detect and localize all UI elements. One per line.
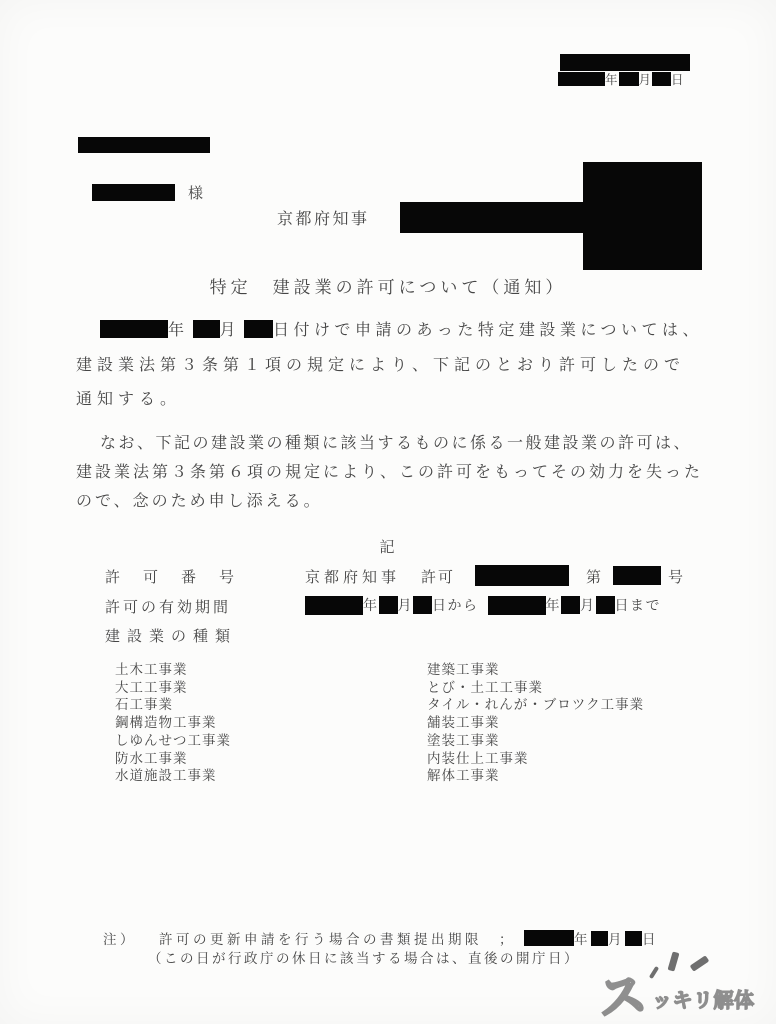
paragraph2-line1: なお、下記の建設業の種類に該当するものに係る一般建設業の許可は、 (76, 429, 724, 458)
redaction-valid-to-month (561, 596, 580, 614)
footnote-deadline-line: 注） 許可の更新申請を行う場合の書類提出期限 ； 年 月 日 (103, 929, 659, 947)
emphasis-mark-icon (649, 966, 659, 979)
permit-go-label: 号 (668, 566, 683, 587)
construction-types-left-column: 土木工事業 大工工事業 石工事業 鋼構造物工事業 しゆんせつ工事業 防水工事業 … (115, 661, 231, 785)
year-label: 年 (574, 928, 591, 948)
logo-big-character: ス (595, 956, 650, 1024)
month-label: 月 (220, 322, 241, 339)
document-title: 特定 建設業の許可について（通知） (0, 273, 776, 298)
paragraph1-line1: 年 月 日付けで申請のあった特定建設業については、 (76, 314, 724, 349)
type-item: 解体工事業 (427, 767, 644, 785)
type-item: 塗装工事業 (427, 732, 644, 750)
footnote-holiday-line: （この日が行政庁の休日に該当する場合は、直後の開庁日） (148, 947, 580, 967)
emphasis-mark-icon (690, 955, 710, 971)
issuer-title: 京都府知事 (277, 206, 370, 229)
permit-prefix: 許可 (421, 566, 455, 587)
type-item: 石工事業 (115, 696, 231, 714)
redaction-month (619, 72, 639, 86)
month-label: 月 (639, 70, 653, 88)
redaction-permit-category (475, 565, 569, 586)
redaction-application-year (100, 320, 168, 338)
type-item: しゆんせつ工事業 (115, 732, 231, 750)
record-heading: 記 (0, 536, 776, 557)
redaction-application-month (193, 320, 220, 338)
addressee-honorific: 様 (188, 182, 203, 203)
year-label: 年 (546, 595, 562, 615)
redaction-valid-to-year (488, 596, 546, 615)
redaction-deadline-year (524, 930, 574, 946)
paragraph2-line2: 建設業法第３条第６項の規定により、この許可をもってその効力を失った (76, 458, 724, 487)
paragraph1-line1-text: 日付けで申請のあった特定建設業については、 (273, 322, 703, 339)
type-item: 鋼構造物工事業 (115, 714, 231, 732)
redaction-year (558, 72, 605, 86)
year-label: 年 (168, 322, 189, 339)
valid-to-suffix: 日まで (615, 595, 662, 615)
emphasis-mark-icon (668, 951, 680, 971)
permit-number-label: 許 可 番 号 (105, 566, 238, 587)
paragraph-permission-granted: 年 月 日付けで申請のあった特定建設業については、 建設業法第３条第１項の規定に… (76, 314, 724, 418)
type-item: 内装仕上工事業 (427, 750, 644, 768)
construction-types-right-column: 建築工事業 とび・土工工事業 タイル・れんが・ブロツク工事業 舗装工事業 塗装工… (427, 661, 644, 785)
month-label: 月 (398, 595, 414, 615)
sukkiri-kaitai-watermark-logo: ス ッキリ解体 (596, 944, 772, 1022)
redaction-permit-number (613, 566, 661, 585)
month-label: 月 (580, 595, 596, 615)
paragraph1-line3: 通知する。 (76, 383, 724, 418)
paragraph-general-permit-void: なお、下記の建設業の種類に該当するものに係る一般建設業の許可は、 建設業法第３条… (76, 429, 724, 516)
year-label: 年 (363, 595, 379, 615)
type-item: 防水工事業 (115, 750, 231, 768)
footnote-text: 許可の更新申請を行う場合の書類提出期限 ； (159, 928, 516, 948)
valid-from-suffix: 日から (432, 595, 479, 615)
year-label: 年 (605, 70, 619, 88)
issue-date-line: 年 月 日 (558, 70, 685, 88)
permit-dai-label: 第 (586, 566, 601, 587)
type-item: 建築工事業 (427, 661, 644, 679)
redaction-addressee-name (92, 184, 175, 201)
redaction-valid-from-month (379, 596, 398, 614)
redaction-application-day (244, 320, 273, 338)
redaction-bar-issuer-name (400, 202, 584, 233)
validity-period-label: 許可の有効期間 (105, 596, 231, 617)
redaction-bar-reference (78, 137, 210, 153)
type-item: 大工工事業 (115, 679, 231, 697)
redaction-day (652, 72, 671, 86)
redaction-valid-from-year (305, 596, 363, 615)
footnote-marker: 注） (103, 928, 137, 948)
paragraph2-line3: ので、念のため申し添える。 (76, 487, 724, 516)
logo-text: ッキリ解体 (652, 984, 755, 1013)
type-item: タイル・れんが・ブロツク工事業 (427, 696, 644, 714)
construction-types-label: 建設業の種類 (105, 625, 237, 646)
type-item: とび・土工工事業 (427, 679, 644, 697)
redaction-bar-sender (560, 54, 690, 71)
redaction-valid-to-day (596, 596, 615, 614)
permit-number-issuer: 京都府知事 (305, 566, 400, 587)
type-item: 水道施設工事業 (115, 767, 231, 785)
validity-period-value: 年 月 日から 年 月 日まで (305, 593, 661, 617)
scanned-permit-notice-page: 年 月 日 様 京都府知事 特定 建設業の許可について（通知） 年 月 日付けで… (0, 0, 776, 1024)
redaction-block-official-seal (583, 162, 702, 270)
day-label: 日 (671, 70, 685, 88)
type-item: 舗装工事業 (427, 714, 644, 732)
redaction-valid-from-day (413, 596, 432, 614)
addressee-line: 様 (92, 182, 203, 202)
paragraph1-line2: 建設業法第３条第１項の規定により、下記のとおり許可したので (76, 349, 724, 384)
type-item: 土木工事業 (115, 661, 231, 679)
